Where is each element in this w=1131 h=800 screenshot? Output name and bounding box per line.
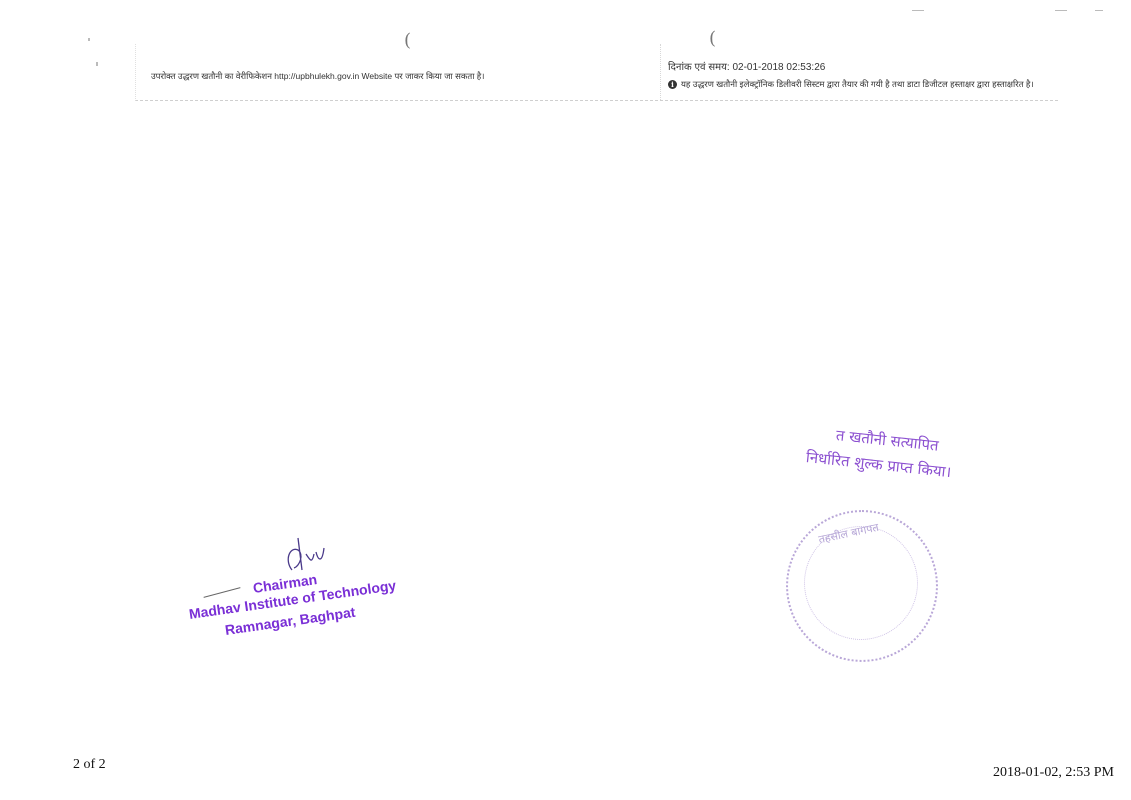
scan-speck <box>1095 10 1103 11</box>
signature-dash <box>204 587 241 598</box>
scan-speck <box>912 10 924 11</box>
info-icon: i <box>668 80 677 89</box>
print-timestamp: 2018-01-02, 2:53 PM <box>993 765 1114 781</box>
verification-note: उपरोक्त उद्धरण खतौनी का वेरीफिकेशन http:… <box>151 71 485 82</box>
scan-speck <box>1055 10 1067 11</box>
scan-artifact: ( <box>709 28 716 49</box>
office-seal: तहसील बागपत <box>786 510 938 662</box>
scan-speck <box>96 62 98 66</box>
notice-text: यह उद्धरण खतौनी इलेक्ट्रॉनिक डिलीवरी सिस… <box>681 79 1034 90</box>
chairman-stamp: Chairman Madhav Institute of Technology … <box>185 530 415 650</box>
page-indicator: 2 of 2 <box>73 757 106 773</box>
datetime-value: 02-01-2018 02:53:26 <box>732 62 825 73</box>
scan-speck <box>88 38 90 41</box>
datetime-label: दिनांक एवं समय: <box>668 62 730 73</box>
generated-datetime: दिनांक एवं समय: 02-01-2018 02:53:26 <box>668 59 825 73</box>
scan-artifact: ( <box>404 30 411 51</box>
footer-divider <box>660 44 661 100</box>
digital-signature-notice: i यह उद्धरण खतौनी इलेक्ट्रॉनिक डिलीवरी स… <box>668 79 1034 90</box>
